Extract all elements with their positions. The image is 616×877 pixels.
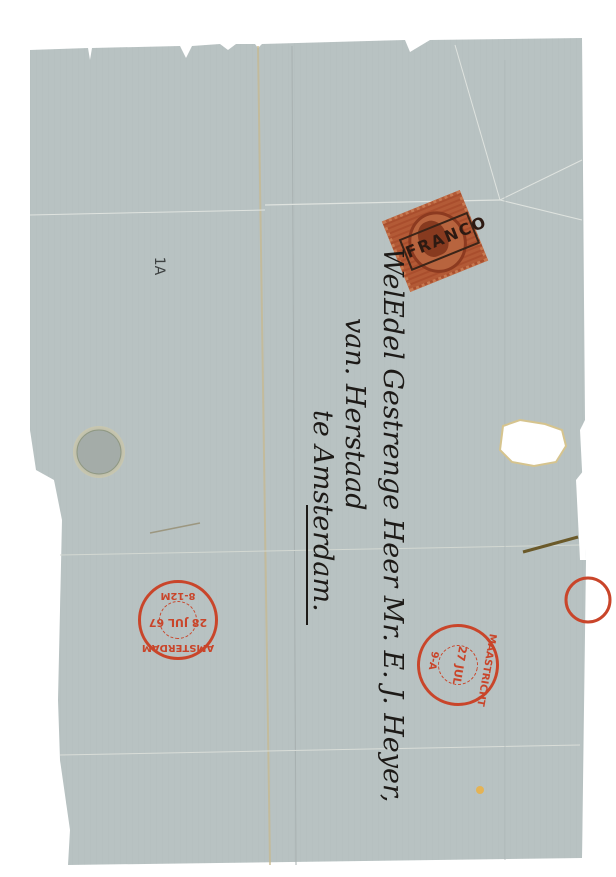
postmark-amsterdam-date: 28 JUL 67 xyxy=(141,616,215,629)
letter-photo: FRANCO WelEdel Gestrenge Heer Mr. E. J. … xyxy=(0,0,616,877)
address-line-2: van. Herstaad xyxy=(339,318,370,511)
address-line-1: WelEdel Gestrenge Heer Mr. E. J. Heyer, xyxy=(377,248,408,803)
address-underline xyxy=(306,505,308,625)
pencil-annotation: 1A xyxy=(151,257,167,275)
address-line-3: te Amsterdam. xyxy=(307,410,338,612)
postmark-amsterdam: AMSTERDAM 28 JUL 67 8-12M xyxy=(138,580,218,660)
postmark-amsterdam-town: AMSTERDAM xyxy=(141,642,215,653)
postmark-amsterdam-time: 8-12M xyxy=(141,590,215,601)
